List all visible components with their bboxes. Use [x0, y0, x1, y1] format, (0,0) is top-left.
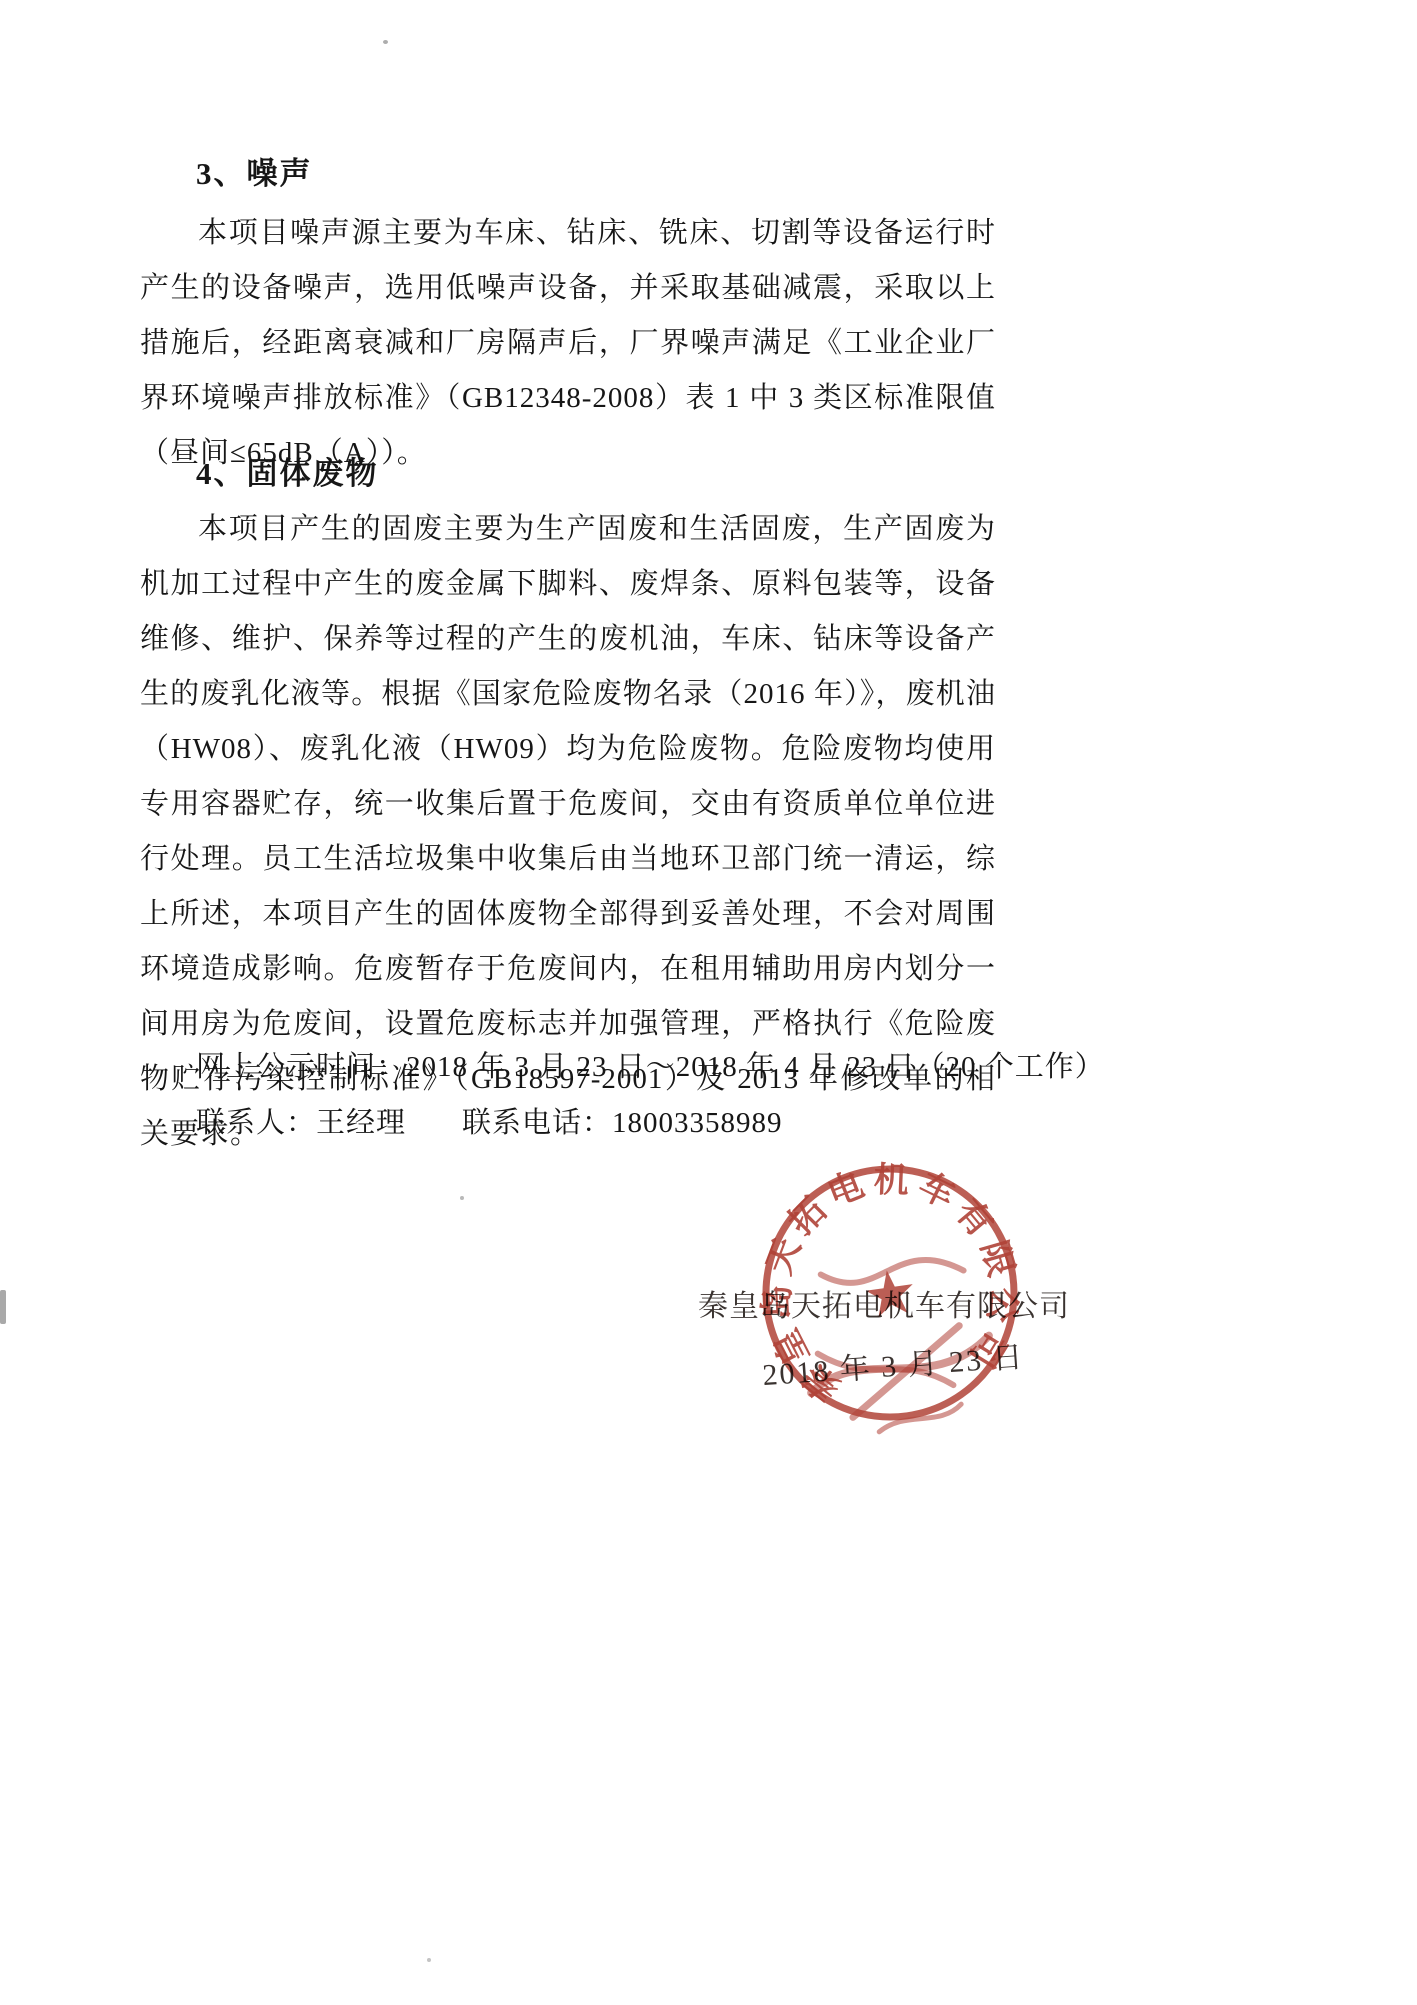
- scan-speck: [383, 40, 388, 44]
- contact-phone: 联系电话：18003358989: [462, 1107, 783, 1139]
- contact-person: 联系人：王经理: [196, 1107, 406, 1139]
- scan-edge-mark: [0, 1290, 6, 1324]
- scanned-document-page: 3、噪声 本项目噪声源主要为车床、钻床、铣床、切割等设备运行时产生的设备噪声，选…: [0, 0, 1417, 2005]
- section-4-heading: 4、固体废物: [196, 448, 379, 493]
- company-seal: 秦皇岛天拓电机车有限公司 ★: [720, 1119, 1060, 1468]
- section-3-paragraph: 本项目噪声源主要为车床、钻床、铣床、切割等设备运行时产生的设备噪声，选用低噪声设…: [140, 206, 996, 481]
- contact-line: 联系人：王经理联系电话：18003358989: [196, 1104, 783, 1142]
- section-3-heading: 3、噪声: [196, 148, 313, 193]
- scan-speck: [427, 1958, 431, 1962]
- scan-speck: [460, 1196, 464, 1200]
- publicity-period-line: 网上公示时间：2018 年 3 月 23 日～2018 年 4 月 23 日（2…: [196, 1048, 1105, 1086]
- company-seal-graphic: 秦皇岛天拓电机车有限公司 ★: [720, 1119, 1060, 1468]
